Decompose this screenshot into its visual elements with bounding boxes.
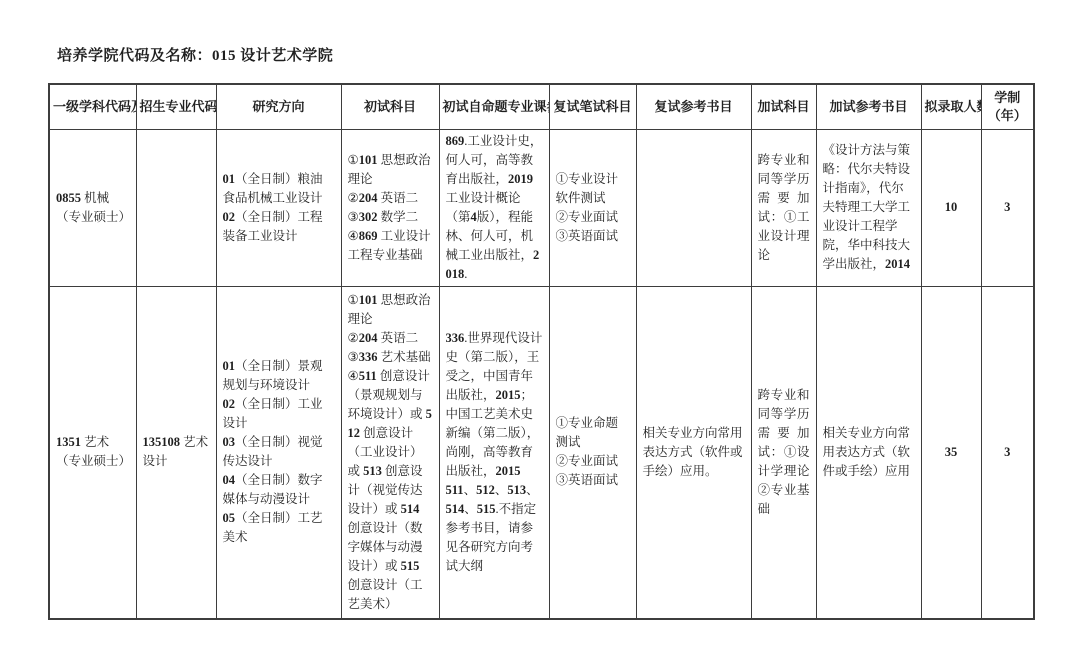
cell-directions: 01（全日制）景观规划与环境设计 02（全日制）工业设计 03（全日制）视觉传达… xyxy=(216,286,341,619)
cell-years: 3 xyxy=(981,286,1034,619)
cell-retest-refs xyxy=(636,129,751,286)
col-header-directions: 研究方向 xyxy=(216,84,341,129)
col-header-initial-subjects: 初试科目 xyxy=(341,84,439,129)
col-header-discipline: 一级学科代码及名称 xyxy=(49,84,136,129)
table-row: 0855 机械（专业硕士） 01（全日制）粮油食品机械工业设计 02（全日制）工… xyxy=(49,129,1034,286)
document-page: { "colors": { "border": "#3d3d3d", "text… xyxy=(0,0,1080,645)
cell-retest-written-subjects: ①专业设计软件测试 ②专业面试 ③英语面试 xyxy=(549,129,636,286)
cell-directions: 01（全日制）粮油食品机械工业设计 02（全日制）工程装备工业设计 xyxy=(216,129,341,286)
cell-initial-refs: 869.工业设计史，何人可，高等教育出版社，2019 工业设计概论（第4版），程… xyxy=(439,129,549,286)
cell-discipline: 1351 艺术（专业硕士） xyxy=(49,286,136,619)
cell-major: 135108 艺术设计 xyxy=(136,286,216,619)
col-header-additional-subjects: 加试科目 xyxy=(751,84,816,129)
page-title: 培养学院代码及名称：015 设计艺术学院 xyxy=(57,44,333,65)
cell-retest-refs: 相关专业方向常用表达方式（软件或手绘）应用。 xyxy=(636,286,751,619)
cell-retest-written-subjects: ①专业命题测试 ②专业面试 ③英语面试 xyxy=(549,286,636,619)
cell-additional-refs: 相关专业方向常用表达方式（软件或手绘）应用 xyxy=(816,286,921,619)
cell-additional-subjects: 跨专业和同等学历需要加试：①设计学理论②专业基础 xyxy=(751,286,816,619)
admissions-table: 一级学科代码及名称 招生专业代码及名称 研究方向 初试科目 初试自命题专业课参考… xyxy=(48,83,1035,620)
cell-initial-refs: 336.世界现代设计史（第二版），王受之，中国青年出版社，2015； 中国工艺美… xyxy=(439,286,549,619)
cell-discipline: 0855 机械（专业硕士） xyxy=(49,129,136,286)
col-header-additional-refs: 加试参考书目 xyxy=(816,84,921,129)
header-row: 一级学科代码及名称 招生专业代码及名称 研究方向 初试科目 初试自命题专业课参考… xyxy=(49,84,1034,129)
col-header-initial-refs: 初试自命题专业课参考书目 xyxy=(439,84,549,129)
cell-years: 3 xyxy=(981,129,1034,286)
cell-additional-subjects: 跨专业和同等学历需要加试：①工业设计理论 xyxy=(751,129,816,286)
col-header-retest-written: 复试笔试科目 xyxy=(549,84,636,129)
cell-initial-subjects: ①101 思想政治理论 ②204 英语二 ③302 数学二 ④869 工业设计工… xyxy=(341,129,439,286)
cell-initial-subjects: ①101 思想政治理论 ②204 英语二 ③336 艺术基础 ④511 创意设计… xyxy=(341,286,439,619)
col-header-admit-count: 拟录取人数 xyxy=(921,84,981,129)
cell-admit-count: 10 xyxy=(921,129,981,286)
col-header-years: 学制（年） xyxy=(981,84,1034,129)
col-header-major: 招生专业代码及名称 xyxy=(136,84,216,129)
cell-admit-count: 35 xyxy=(921,286,981,619)
cell-additional-refs: 《设计方法与策略：代尔夫特设计指南》，代尔夫特理工大学工业设计工程学院，华中科技… xyxy=(816,129,921,286)
table-row: 1351 艺术（专业硕士） 135108 艺术设计 01（全日制）景观规划与环境… xyxy=(49,286,1034,619)
cell-major xyxy=(136,129,216,286)
col-header-retest-refs: 复试参考书目 xyxy=(636,84,751,129)
